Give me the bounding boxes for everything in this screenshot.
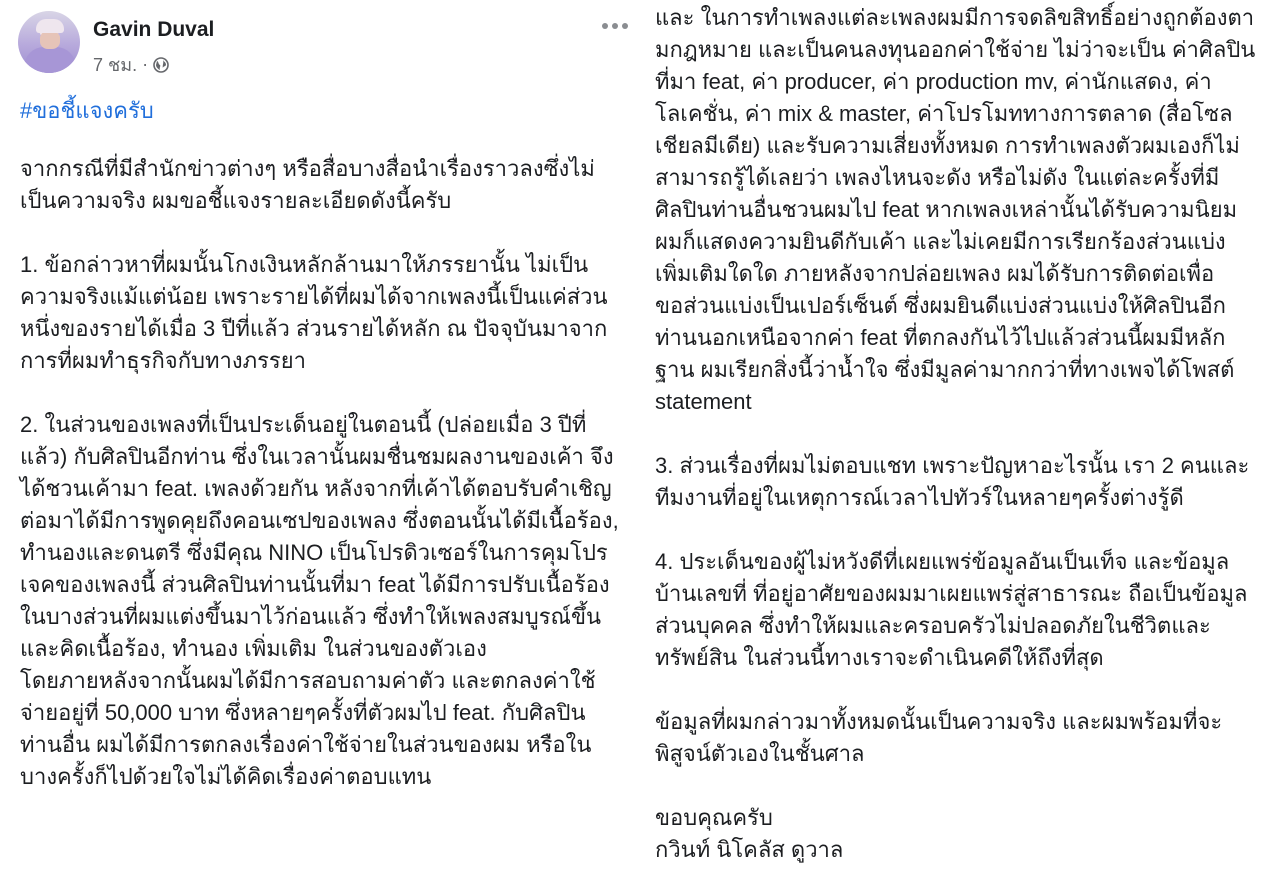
post-timestamp[interactable]: 7 ชม. bbox=[93, 50, 137, 79]
meta-separator: · bbox=[142, 54, 148, 75]
post-meta: 7 ชม. · bbox=[93, 50, 169, 79]
avatar[interactable] bbox=[18, 11, 80, 73]
globe-icon[interactable] bbox=[153, 57, 169, 73]
author-name[interactable]: Gavin Duval bbox=[93, 18, 214, 42]
post-header: Gavin Duval 7 ชม. · bbox=[18, 11, 628, 76]
more-options-icon[interactable] bbox=[602, 23, 628, 29]
post-body-left: จากกรณีที่มีสำนักข่าวต่างๆ หรือสื่อบางสื… bbox=[20, 153, 625, 793]
hashtag-link[interactable]: #ขอชี้แจงครับ bbox=[20, 93, 154, 128]
post-body-right: และ ในการทำเพลงแต่ละเพลงผมมีการจดลิขสิทธ… bbox=[655, 2, 1275, 866]
